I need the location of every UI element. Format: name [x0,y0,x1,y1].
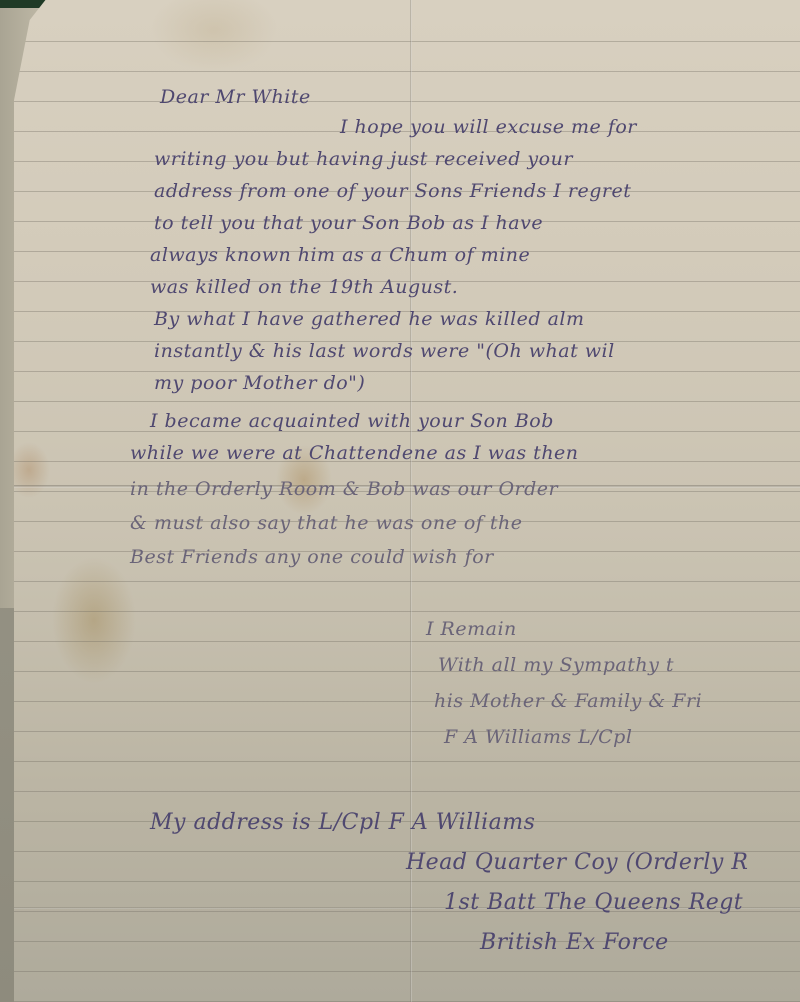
closing-line: With all my Sympathy t [438,654,674,676]
body-line: my poor Mother do") [154,372,365,394]
body-line: & must also say that he was one of the [130,512,522,534]
body-line: Best Friends any one could wish for [130,546,494,568]
letter-paper: Dear Mr White I hope you will excuse me … [14,0,800,1002]
body-line: I became acquainted with your Son Bob [150,410,554,432]
address-line: British Ex Force [480,930,669,955]
address-line: 1st Batt The Queens Regt [444,890,743,915]
body-line: writing you but having just received you… [154,148,573,170]
body-line: By what I have gathered he was killed al… [154,308,585,330]
closing-line: I Remain [426,618,517,640]
salutation: Dear Mr White [160,86,311,108]
signature: F A Williams L/Cpl [444,726,632,748]
address-line: Head Quarter Coy (Orderly R [406,850,748,875]
body-line: was killed on the 19th August. [150,276,458,298]
body-line: address from one of your Sons Friends I … [154,180,631,202]
body-line: I hope you will excuse me for [340,116,637,138]
body-line: to tell you that your Son Bob as I have [154,212,543,234]
closing-line: his Mother & Family & Fri [434,690,702,712]
body-line: while we were at Chattendene as I was th… [130,442,579,464]
address-line: My address is L/Cpl F A Williams [150,810,535,835]
body-line: in the Orderly Room & Bob was our Order [130,478,558,500]
body-line: instantly & his last words were "(Oh wha… [154,340,615,362]
body-line: always known him as a Chum of mine [150,244,530,266]
